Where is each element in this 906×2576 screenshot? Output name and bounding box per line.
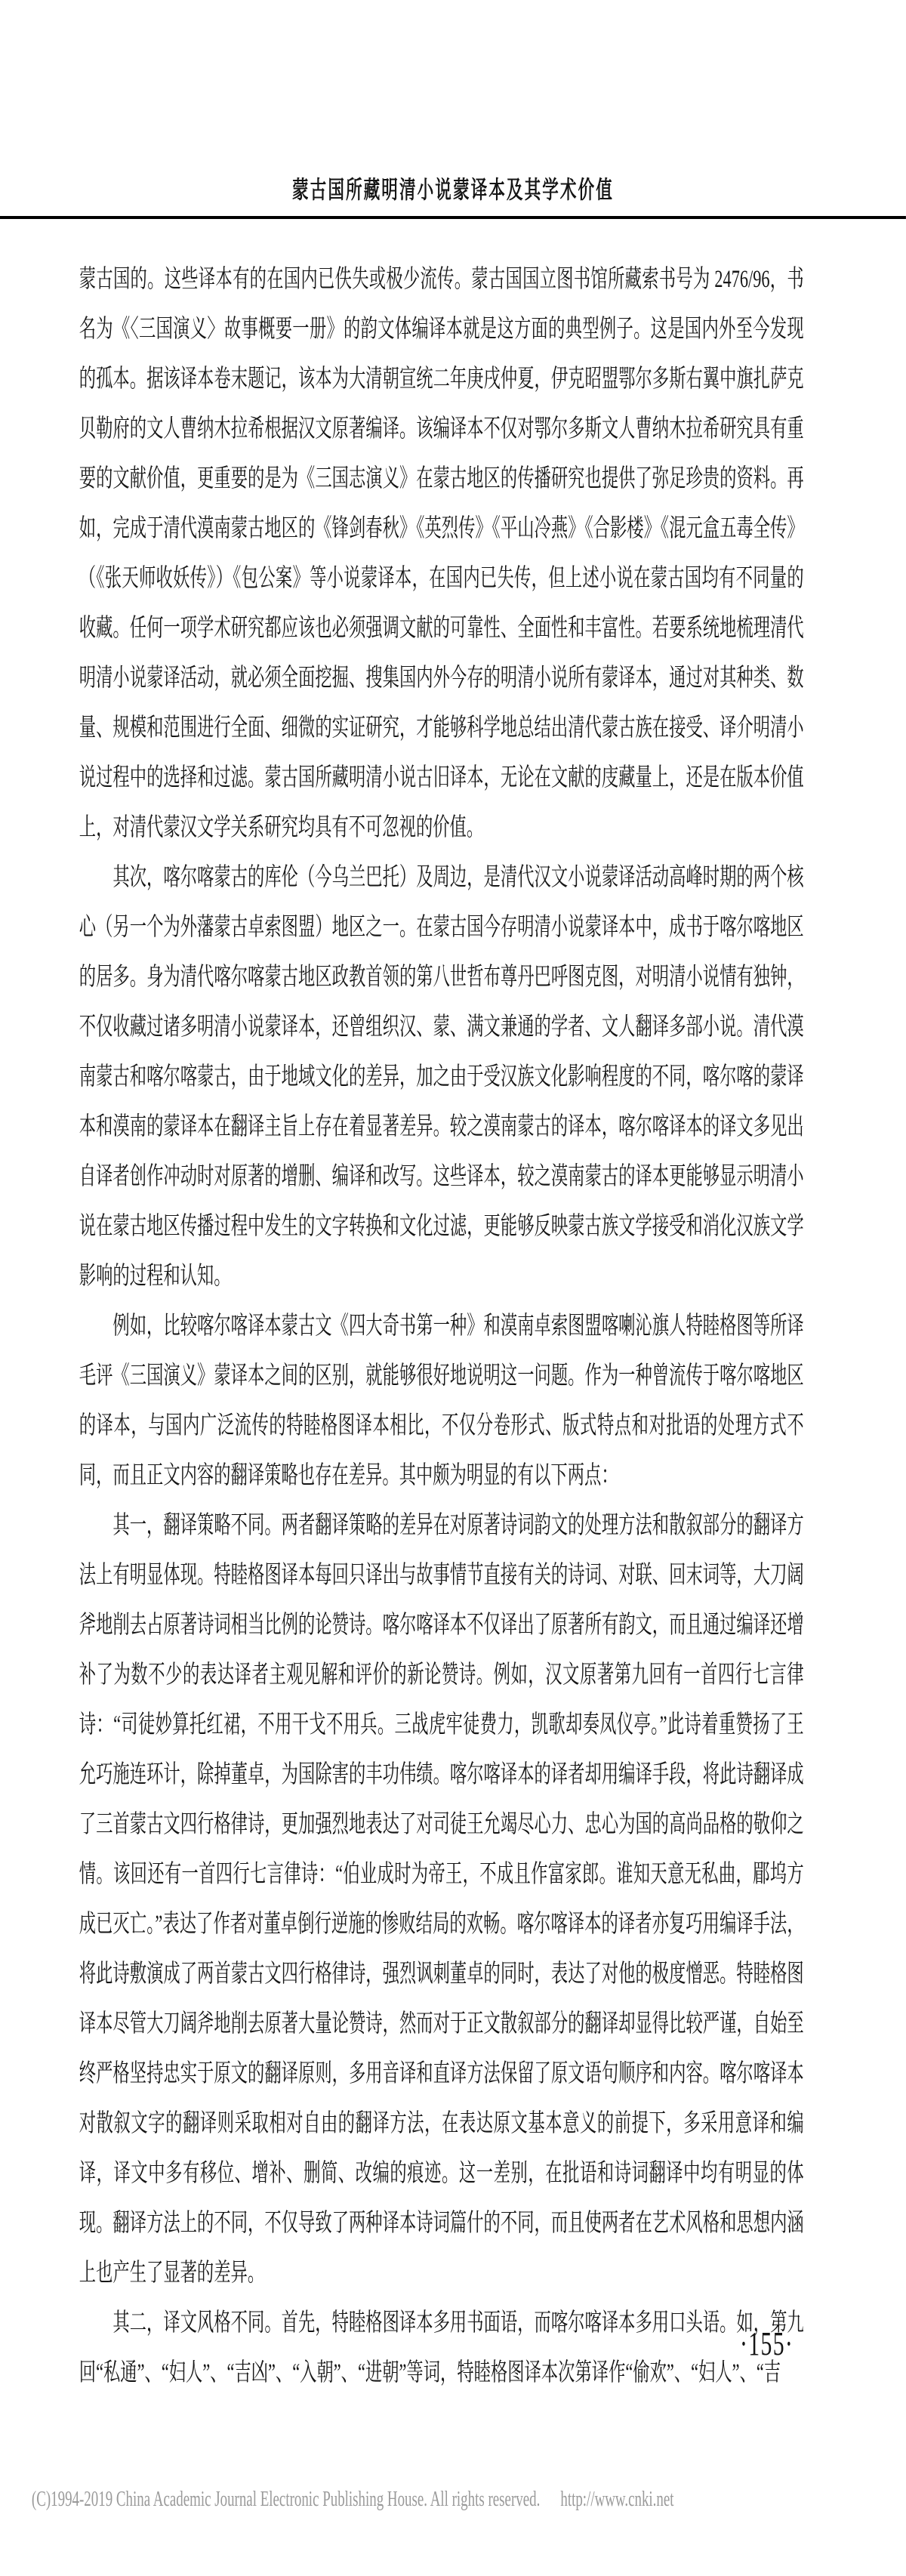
page-number: ·155· — [79, 2325, 794, 2363]
paragraph: 其一，翻译策略不同。两者翻译策略的差异在对原著诗词韵文的处理方法和散叙部分的翻译… — [79, 1501, 804, 2298]
article-body: 蒙古国的。这些译本有的在国内已佚失或极少流传。蒙古国国立图书馆所藏索书号为 24… — [79, 255, 804, 2398]
paragraph: 蒙古国的。这些译本有的在国内已佚失或极少流传。蒙古国国立图书馆所藏索书号为 24… — [79, 255, 804, 853]
journal-page: 蒙古国所藏明清小说蒙译本及其学术价值 蒙古国的。这些译本有的在国内已佚失或极少流… — [0, 0, 906, 2576]
footer: (C)1994-2019 China Academic Journal Elec… — [32, 2488, 674, 2512]
footer-copyright: (C)1994-2019 China Academic Journal Elec… — [32, 2488, 540, 2511]
header-rule — [0, 216, 906, 219]
footer-url: http://www.cnki.net — [560, 2488, 673, 2511]
running-title: 蒙古国所藏明清小说蒙译本及其学术价值 — [0, 171, 906, 205]
paragraph: 其次，喀尔喀蒙古的库伦（今乌兰巴托）及周边，是清代汉文小说蒙译活动高峰时期的两个… — [79, 853, 804, 1301]
paragraph: 例如，比较喀尔喀译本蒙古文《四大奇书第一种》和漠南卓索图盟喀喇沁旗人特睦格图等所… — [79, 1301, 804, 1501]
